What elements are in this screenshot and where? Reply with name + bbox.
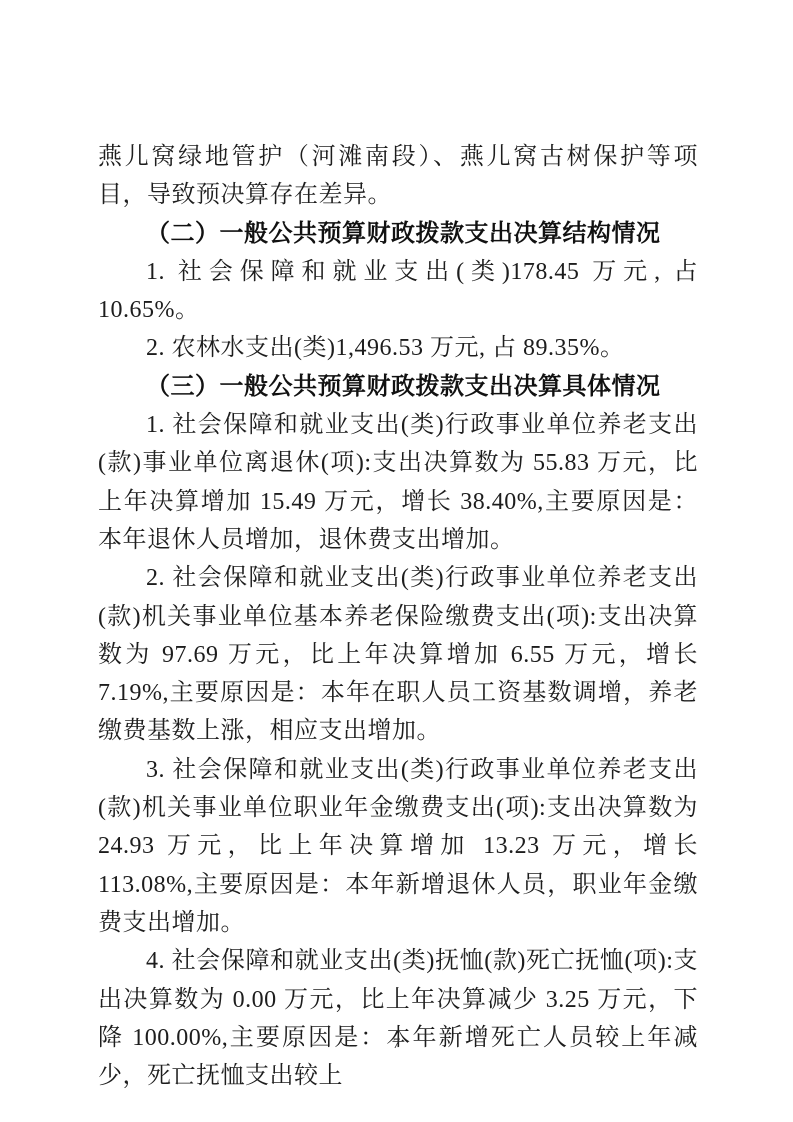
page-number: 7 xyxy=(0,1036,793,1053)
document-page: 燕儿窝绿地管护（河滩南段）、燕儿窝古树保护等项目，导致预决算存在差异。 （二）一… xyxy=(0,0,793,1122)
detail-paragraph-1: 1. 社会保障和就业支出(类)行政事业单位养老支出(款)事业单位离退休(项):支… xyxy=(98,406,698,559)
detail-paragraph-3: 3. 社会保障和就业支出(类)行政事业单位养老支出(款)机关事业单位职业年金缴费… xyxy=(98,751,698,942)
detail-paragraph-2: 2. 社会保障和就业支出(类)行政事业单位养老支出(款)机关事业单位基本养老保险… xyxy=(98,559,698,750)
section-heading-2: （二）一般公共预算财政拨款支出决算结构情况 xyxy=(98,215,698,253)
section-heading-3: （三）一般公共预算财政拨款支出决算具体情况 xyxy=(98,368,698,406)
paragraph-continuation: 燕儿窝绿地管护（河滩南段）、燕儿窝古树保护等项目，导致预决算存在差异。 xyxy=(98,138,698,215)
list-item-structure-1: 1. 社会保障和就业支出(类)178.45 万元, 占 10.65%。 xyxy=(98,253,698,330)
document-content: 燕儿窝绿地管护（河滩南段）、燕儿窝古树保护等项目，导致预决算存在差异。 （二）一… xyxy=(98,138,698,1095)
list-item-structure-2: 2. 农林水支出(类)1,496.53 万元, 占 89.35%。 xyxy=(98,329,698,367)
detail-paragraph-4: 4. 社会保障和就业支出(类)抚恤(款)死亡抚恤(项):支出决算数为 0.00 … xyxy=(98,942,698,1095)
